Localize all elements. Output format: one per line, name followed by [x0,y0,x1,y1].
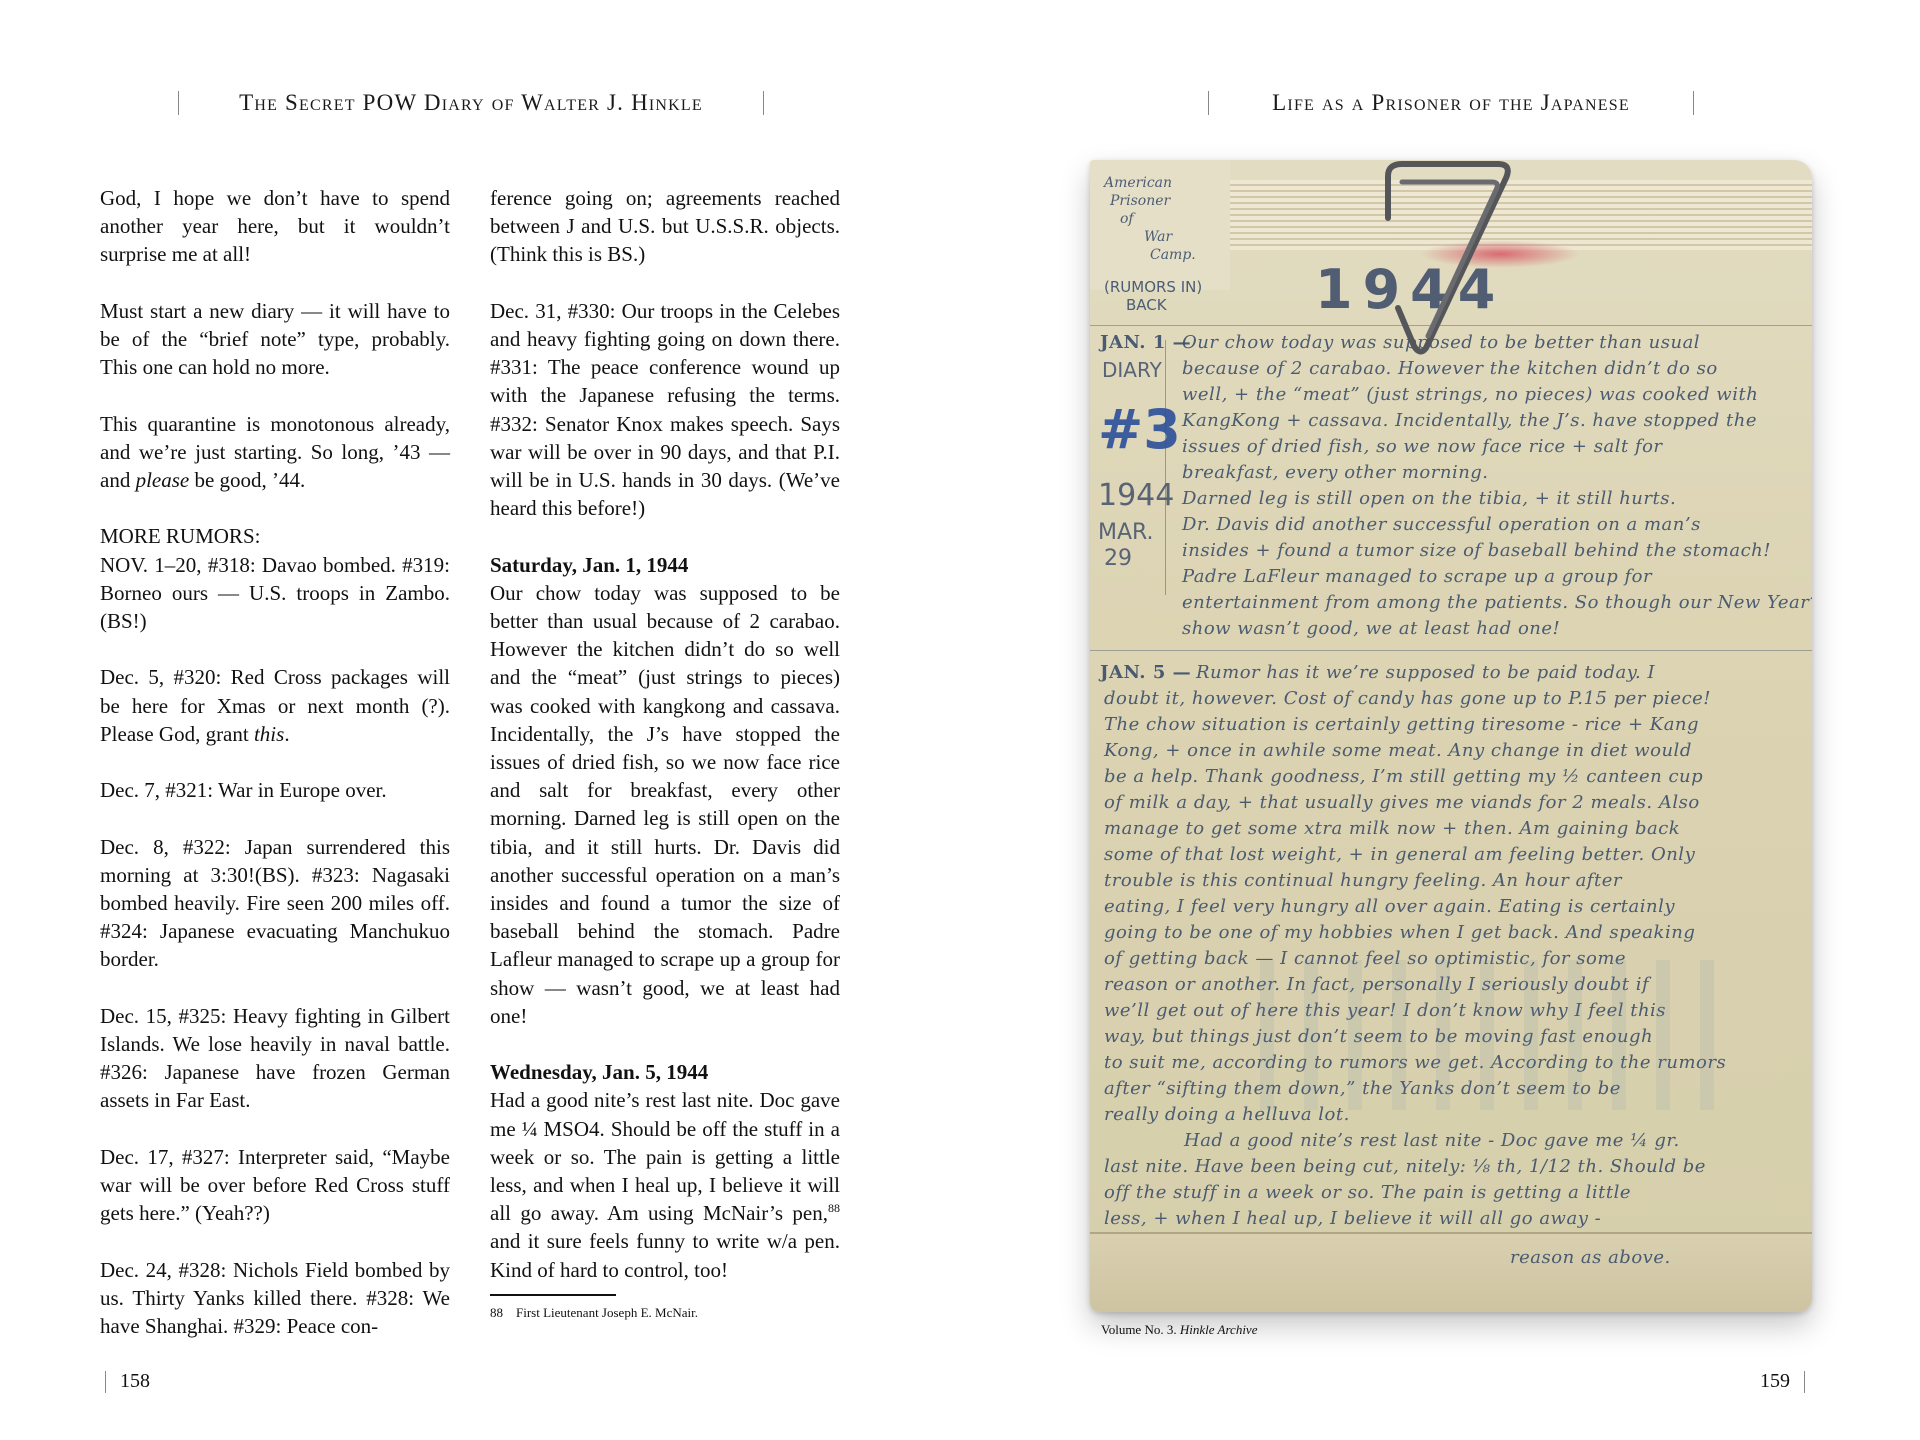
margin-year: 1944 [1098,478,1174,513]
paragraph: ference going on; agreements reached bet… [490,184,840,269]
footnote-rule [490,1294,616,1296]
rumors-note: (RUMORS IN) BACK [1104,278,1202,314]
diary-entry-jan-1: Saturday, Jan. 1, 1944 Our chow today wa… [490,551,840,1030]
left-column-2: ference going on; agreements reached bet… [490,184,840,1322]
rumors-heading: MORE RUMORS: [100,522,450,550]
page-number: 159 [1760,1370,1790,1393]
margin-date: MAR. 29 [1098,520,1154,572]
ruled-line [1090,650,1812,651]
camp-label: American Prisoner of War Camp. [1104,174,1196,264]
paperclip-icon [1368,158,1518,358]
entry-body: Our chow today was supposed to be better… [490,579,840,1030]
rumors-section: MORE RUMORS: NOV. 1–20, #318: Davao bomb… [100,522,450,635]
bleed-through-print [1260,960,1720,1110]
header-separator-left [178,91,179,115]
paragraph: Dec. 7, #321: War in Europe over. [100,776,450,804]
paragraph: Dec. 8, #322: Japan surrendered this mor… [100,833,450,974]
paragraph: Must start a new diary — it will have to… [100,297,450,382]
paragraph: Dec. 15, #325: Heavy fighting in Gilbert… [100,1002,450,1115]
folded-bottom-edge [1090,1232,1812,1312]
folio-separator [105,1371,106,1393]
diary-entry-jan-5: Wednesday, Jan. 5, 1944 Had a good nite’… [490,1058,840,1284]
paragraph: This quarantine is monotonous already, a… [100,410,450,495]
entry-jan-1-handwritten: JAN. 1 — [1100,330,1191,356]
margin-line [1165,340,1166,595]
running-head-right-title: Life as a Prisoner of the Japanese [1272,90,1630,116]
header-separator-right [1693,91,1694,115]
paragraph: Dec. 17, #327: Interpreter said, “Maybe … [100,1143,450,1228]
paragraph: Dec. 5, #320: Red Cross packages will be… [100,663,450,748]
footnote-number: 88 [490,1304,516,1322]
paragraph: Dec. 31, #330: Our troops in the Celebes… [490,297,840,523]
margin-diary-label: DIARY [1102,360,1162,380]
footnote-reference[interactable]: 88 [828,1201,840,1215]
entry-heading: Wednesday, Jan. 5, 1944 [490,1058,840,1086]
running-head-left: The Secret POW Diary of Walter J. Hinkle [178,88,764,118]
italic-emphasis: please [136,468,190,492]
bottom-note: reason as above. [1510,1245,1671,1271]
paragraph: NOV. 1–20, #318: Davao bombed. #319: Bor… [100,551,450,636]
italic-emphasis: this [254,722,284,746]
header-separator-right [763,91,764,115]
entry-heading: Saturday, Jan. 1, 1944 [490,551,840,579]
running-head-right: Life as a Prisoner of the Japanese [1208,88,1694,118]
entry-body: Had a good nite’s rest last nite. Doc ga… [490,1086,840,1283]
footnote-text: First Lieutenant Joseph E. McNair. [516,1305,698,1320]
header-separator-left [1208,91,1209,115]
folio-separator [1804,1371,1805,1393]
caption-source: Hinkle Archive [1180,1322,1258,1337]
entry-jan-1-lines: Our chow today was supposed to be better… [1182,330,1812,642]
volume-number: #3 [1098,398,1181,461]
page-number: 158 [120,1370,150,1393]
page-number-left: 158 [105,1370,150,1393]
entry-jan-5-lines: Rumor has it we’re supposed to be paid t… [1104,660,1655,686]
paragraph: God, I hope we don’t have to spend anoth… [100,184,450,269]
figure-caption: Volume No. 3. Hinkle Archive [1101,1322,1257,1338]
paragraph: Dec. 24, #328: Nichols Field bombed by u… [100,1256,450,1341]
footnote: 88First Lieutenant Joseph E. McNair. [490,1304,840,1322]
left-column-1: God, I hope we don’t have to spend anoth… [100,184,450,1340]
running-head-left-title: The Secret POW Diary of Walter J. Hinkle [239,90,703,116]
page-number-right: 159 [1760,1370,1805,1393]
